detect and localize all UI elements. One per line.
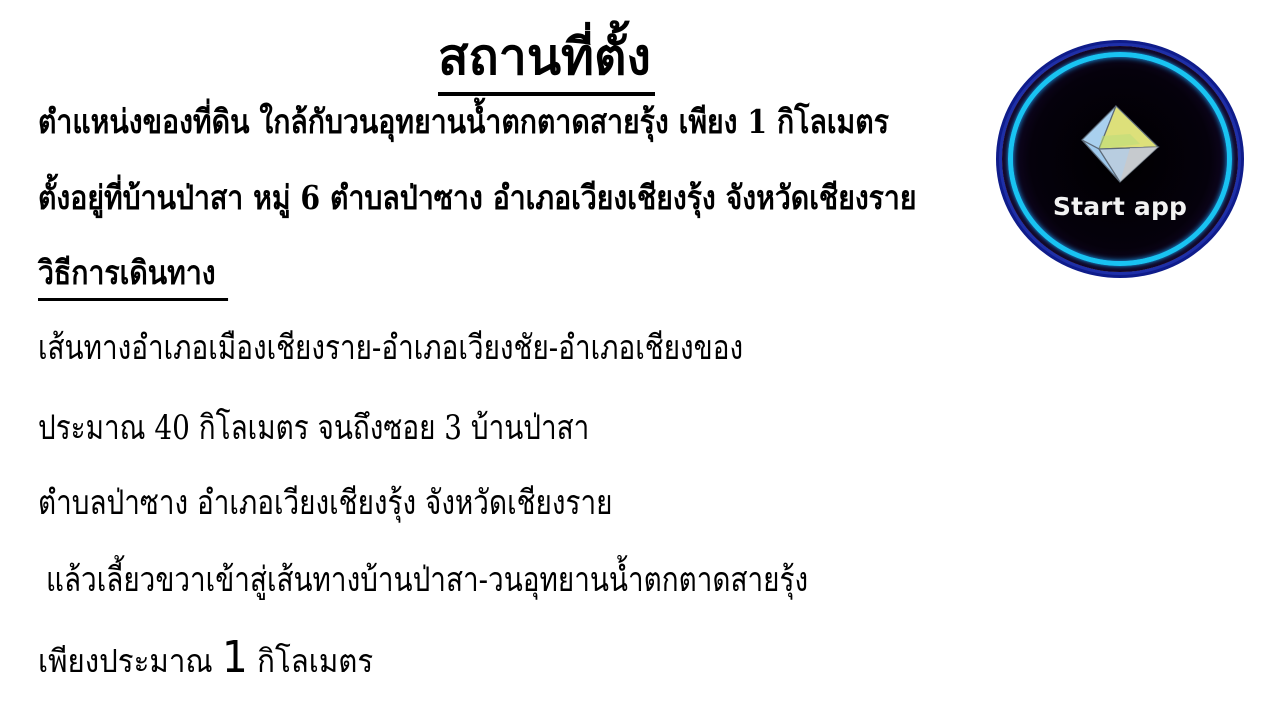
distance-prefix: เพียงประมาณ — [38, 642, 222, 680]
distance-number: 1 — [222, 632, 248, 683]
start-app-label: Start app — [1002, 192, 1238, 221]
distance-suffix: กิโลเมตร — [248, 642, 373, 680]
start-app-button[interactable]: Start app — [1002, 46, 1238, 272]
directions-heading: วิธีการเดินทาง — [38, 248, 228, 301]
direction-line-2: ประมาณ 40 กิโลเมตร จนถึงซอย 3 บ้านป่าสา — [38, 402, 589, 454]
location-line-1: ตำแหน่งของที่ดิน ใกล้กับวนอุทยานน้ำตกตาด… — [38, 97, 889, 147]
location-line-2: ตั้งอยู่ที่บ้านป่าสา หมู่ 6 ตำบลป่าซาง อ… — [38, 173, 917, 223]
direction-line-3: ตำบลป่าซาง อำเภอเวียงเชียงรุ้ง จังหวัดเช… — [38, 477, 612, 529]
direction-line-1: เส้นทางอำเภอเมืองเชียงราย-อำเภอเวียงชัย-… — [38, 322, 743, 374]
octahedron-gem-icon — [1080, 104, 1160, 184]
direction-line-4: แล้วเลี้ยวขวาเข้าสู่เส้นทางบ้านป่าสา-วนอ… — [46, 554, 808, 606]
direction-line-5: เพียงประมาณ 1 กิโลเมตร — [38, 630, 373, 689]
slide-title: สถานที่ตั้ง — [438, 22, 655, 96]
